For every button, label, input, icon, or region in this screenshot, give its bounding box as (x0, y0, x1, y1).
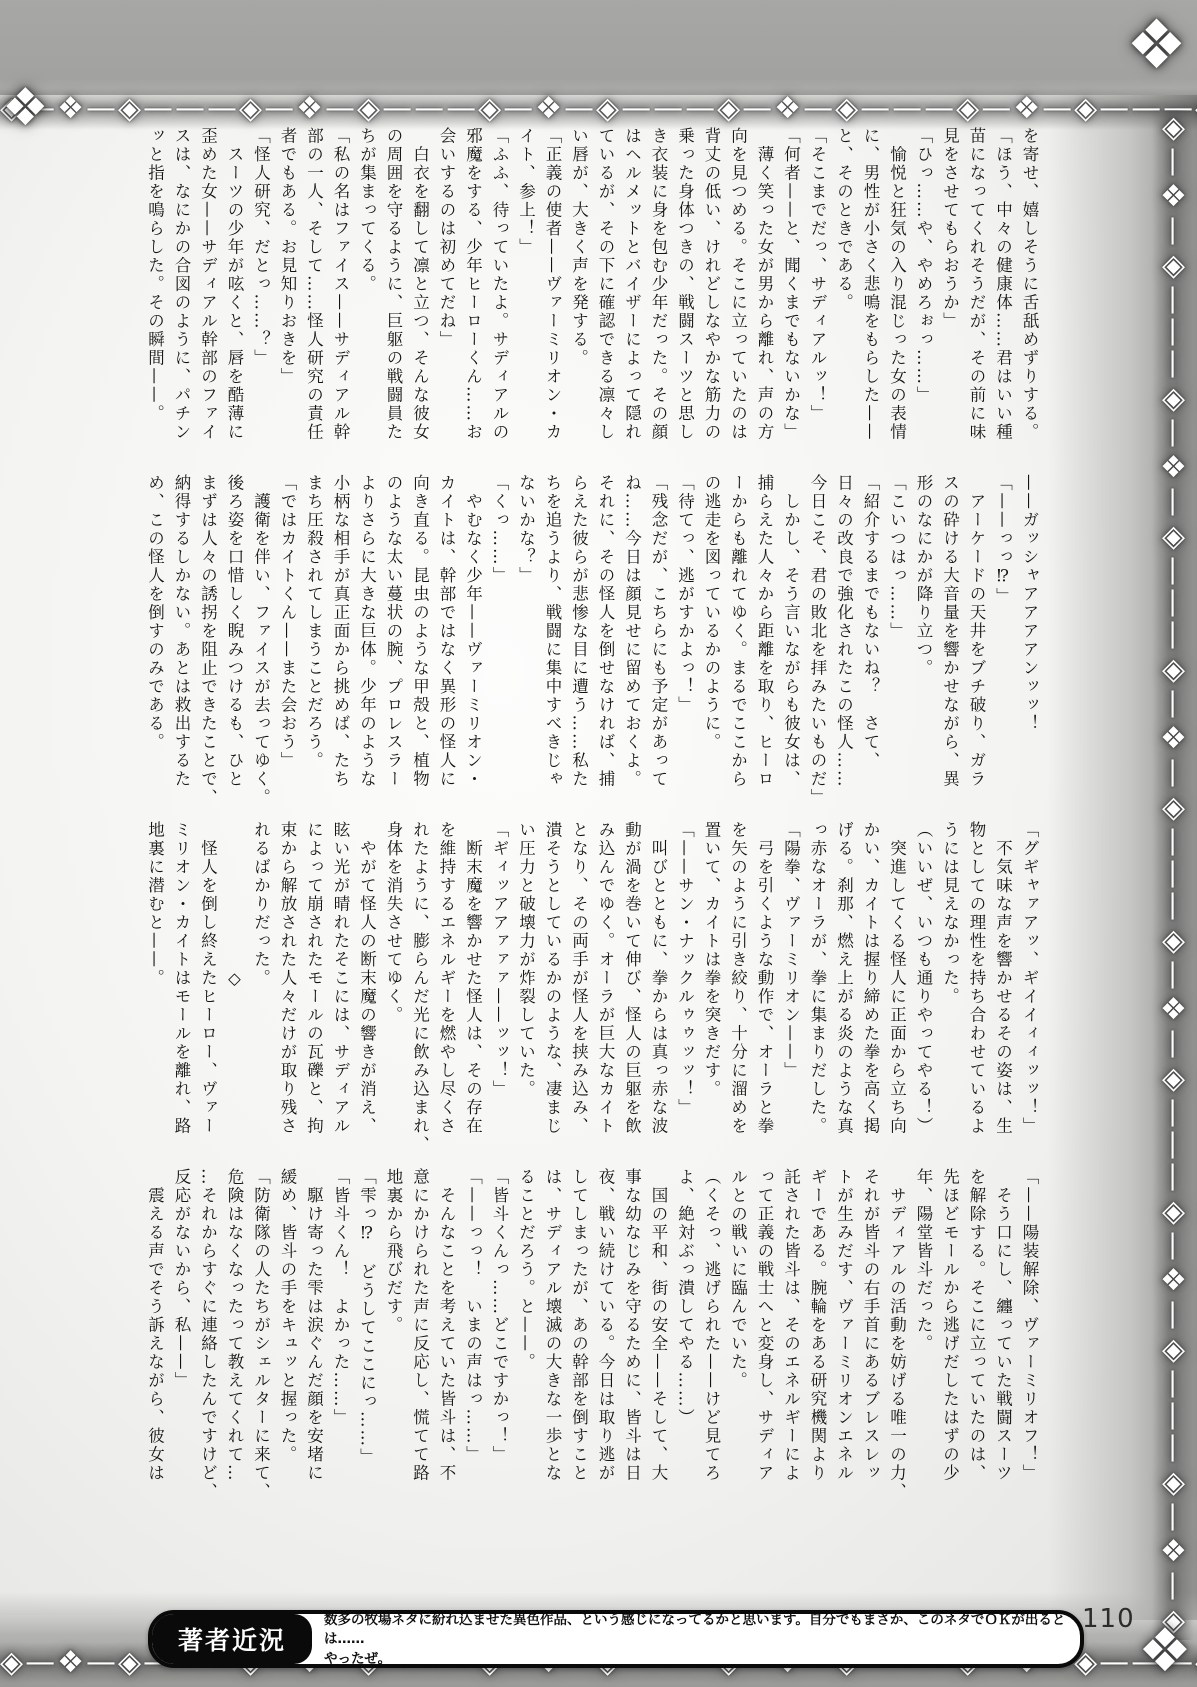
corner-ornament-top-right-icon: ❖ (1126, 6, 1187, 85)
text-band-3: 「グギャァアッ、ギイイィィッッ！」 不気味な声を響かせるその姿は、生 物としての… (137, 821, 1042, 1161)
author-note-label: 著者近況 (152, 1614, 312, 1664)
novel-text-area: を寄せ、嬉しそうに舌舐めずりする。 「ほう、中々の健康体……君はいい種 苗になっ… (137, 127, 1042, 1515)
page-number: 110 (1082, 1604, 1135, 1634)
text-band-4: 「——陽装解除、ヴァーミリオフ！」 そう口にし、纏っていた戦闘スーツ を解除する… (137, 1168, 1042, 1508)
text-band-2: ——ガッシャアアアアンッッ！ 「——っっ⁉」 アーケードの天井をブチ破り、ガラ … (137, 474, 1042, 814)
corner-ornament-bottom-right-icon: ❖ (1138, 1616, 1192, 1686)
author-note-bar: 著者近況 数多の牧場ネタに紛れ込ませた異色作品、という感じになってるかと思います… (148, 1610, 1084, 1668)
ornamental-chain-border-right-icon: ◈—❖—◈———◈—❖—◈———◈—❖—◈———◈—❖—◈———◈—❖—◈———… (1148, 110, 1197, 1640)
corner-ornament-top-left-icon: ❖ (2, 78, 49, 138)
author-note-text: 数多の牧場ネタに紛れ込ませた異色作品、という感じになってるかと思います。自分でも… (312, 1614, 1080, 1664)
text-band-1: を寄せ、嬉しそうに舌舐めずりする。 「ほう、中々の健康体……君はいい種 苗になっ… (137, 127, 1042, 467)
